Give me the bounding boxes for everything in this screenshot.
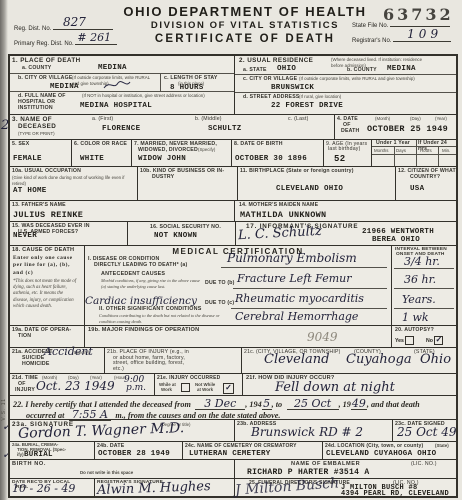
due-to-c-label: DUE TO (c) xyxy=(205,300,234,306)
birthplace-field: 11. BIRTHPLACE (State or foreign country… xyxy=(238,167,396,200)
how-injury-occurred-field: 21f. HOW DID INJURY OCCUR? Fell down at … xyxy=(243,374,456,395)
cemetery-location-state-note: (State) xyxy=(435,443,449,449)
pencil-code-handwriting: 9049 xyxy=(307,330,338,344)
father-label: 13. FATHER'S NAME xyxy=(12,202,66,208)
res-city-value: BRUNSWICK xyxy=(271,84,314,92)
cemetery-location-field: 24d. LOCATION (City, town, or county) (S… xyxy=(323,442,456,459)
place-of-injury-field: 21b. PLACE OF INJURY (e.g., in or about … xyxy=(105,348,242,373)
informant-address-line1: 21966 WENTWORTH xyxy=(362,228,434,236)
while-at-work-label2: Work xyxy=(161,387,172,393)
race-value: WHITE xyxy=(80,155,104,163)
pod-hospital-note: (If NOT in hospital or institution, give… xyxy=(82,93,222,99)
registrar-no-value: 109 xyxy=(407,27,442,41)
primary-reg-dist-label: Primary Reg. Dist. No. xyxy=(14,41,74,47)
pod-hospital-label: d. FULL NAME OF HOSPITAL OR INSTITUTION xyxy=(18,93,78,112)
interval-column: INTERVAL BETWEEN ONSET AND DEATH 3/4 hr.… xyxy=(392,246,456,325)
dob-field: 8. DATE OF BIRTH OCTOBER 30 1896 xyxy=(232,140,324,166)
primary-reg-dist-value: # 261 xyxy=(77,31,111,44)
medical-certification-main: MEDICAL CERTIFICATION I. DISEASE OR COND… xyxy=(85,246,392,325)
age-label2: last birthday) xyxy=(328,146,361,152)
autopsy-no-checkbox: ✓ xyxy=(434,336,443,345)
homicide-label: HOMICIDE xyxy=(22,361,50,367)
citizen-label2: COUNTRY? xyxy=(410,174,440,180)
res-state-label: a. STATE xyxy=(243,67,267,73)
place-of-death-title: 1. PLACE OF DEATH xyxy=(12,57,81,64)
pod-city-label: b. CITY OR VILLAGE xyxy=(18,75,73,81)
cause-footnote: *This does not mean the mode of dying, s… xyxy=(13,279,79,310)
funeral-director-signature: J Milton Busch xyxy=(235,475,340,498)
not-while-label2: at Work xyxy=(197,387,213,393)
birthplace-label: 11. BIRTHPLACE (State or foreign country… xyxy=(240,168,354,174)
time-of-injury-label3: INJURY xyxy=(15,387,35,393)
time-of-injury-field: 21d. TIME OF INJURY (Month) (Day) (Year)… xyxy=(10,374,155,395)
occupation-value: AT HOME xyxy=(13,187,47,195)
months-col-label: Months xyxy=(374,148,388,154)
pod-county-label: a. COUNTY xyxy=(22,65,51,71)
physician-address-field: 23b. ADDRESS Brunswick RD # 2 xyxy=(235,420,393,441)
burial-type-field: 24a. BURIAL, CREMA- TION, REMOVAL (Spec-… xyxy=(10,442,95,459)
registrar-signature-value: Alwin M. Hughes xyxy=(97,479,211,498)
mother-value: MATHILDA UNKNOWN xyxy=(240,210,326,220)
handwritten-scribble xyxy=(102,78,132,92)
embalmer-field: NAME OF EMBALMER (LIC. NO.) RICHARD P HA… xyxy=(235,460,456,478)
father-value: JULIUS REINKE xyxy=(13,210,83,220)
marital-field: 7. MARRIED, NEVER MARRIED, WIDOWED, DIVO… xyxy=(132,140,232,166)
last-name-value: SCHULTZ xyxy=(208,125,242,133)
informant-signature: L. C. Schultz xyxy=(238,224,322,243)
burial-type-value: BURIAL xyxy=(24,451,53,459)
cemetery-location-value: CLEVELAND CUYAHOGA OHIO xyxy=(326,450,436,458)
armed-forces-field: 15. WAS DECEASED EVER IN U.S. ARMED FORC… xyxy=(10,222,128,245)
registrar-no-field: Registrar's No. 109 xyxy=(352,38,451,44)
name-label: 3. NAME OF xyxy=(12,116,52,123)
cause-c-value: Rheumatic myocarditis xyxy=(235,292,364,305)
autopsy-yes-label: Yes xyxy=(395,338,404,344)
res-street-value: 22 FOREST DRIVE xyxy=(271,102,343,110)
funeral-director-field: 25. FUNERAL DIRECTOR'S SIGNATURE (LIC. N… xyxy=(235,479,456,496)
industry-label2: DUSTRY xyxy=(152,174,174,180)
pod-county-value: MEDINA xyxy=(98,64,127,72)
occupation-label: 10a. USUAL OCCUPATION xyxy=(12,168,81,174)
ssn-field: 16. SOCIAL SECURITY NO. NOT KNOWN xyxy=(128,222,236,245)
burial-label-3: ify) xyxy=(17,452,24,458)
row-physician: 23a. SIGNATURE (Degree or title) Gordon … xyxy=(10,420,456,442)
injury-location-field: 21c. (CITY, VILLAGE, OR TOWNSHIP) (COUNT… xyxy=(242,348,456,373)
age-value: 52 xyxy=(334,154,345,164)
date-received-field: DATE REC'D BY LOCAL REG. 10 - 26 - 49 xyxy=(10,479,95,496)
row-parents: 13. FATHER'S NAME JULIUS REINKE 14. MOTH… xyxy=(10,201,456,222)
autopsy-yes-option: Yes xyxy=(395,336,414,345)
sex-label: 5. SEX xyxy=(12,141,29,147)
res-city-note: (If outside corporate limits, write RURA… xyxy=(299,76,449,82)
cause-b-value: Fracture Left Femur xyxy=(237,272,352,285)
dod-value: OCTOBER 25 1949 xyxy=(367,124,448,134)
autopsy-label: 20. AUTOPSY? xyxy=(395,327,434,333)
pod-hospital-value: MEDINA HOSPITAL xyxy=(80,102,152,110)
reg-dist-value: 827 xyxy=(63,15,86,29)
dod-month-col: (Month) xyxy=(375,116,390,122)
division-title: DIVISION OF VITAL STATISTICS xyxy=(115,20,375,31)
other-conditions-note: Conditions contributing to the death but… xyxy=(99,313,229,324)
date-of-death-section: 4. DATE OF DEATH (Month) (Day) (Year) OC… xyxy=(335,115,456,139)
first-name-label: a. (First) xyxy=(92,116,113,122)
father-field: 13. FATHER'S NAME JULIUS REINKE xyxy=(10,201,235,221)
marital-value: WIDOW JOHN xyxy=(138,155,186,163)
res-county-value: MEDINA xyxy=(387,65,416,73)
autopsy-no-option: No ✓ xyxy=(426,336,443,345)
reg-dist-label: Reg. Dist. No. xyxy=(14,26,51,32)
form-number-vertical-label: V.S. 11 xyxy=(1,398,7,421)
registrar-signature-field: REGISTRAR'S SIGNATURE Alwin M. Hughes xyxy=(95,479,235,496)
autopsy-no-label: No xyxy=(426,338,433,344)
row-disposition: 24a. BURIAL, CREMA- TION, REMOVAL (Spec-… xyxy=(10,442,456,460)
interval-other-value: 1 wk xyxy=(402,311,429,324)
marital-label2: WIDOWED, DIVORCED xyxy=(138,147,198,153)
res-city-label: c. CITY OR VILLAGE xyxy=(243,76,297,82)
ssn-label: 16. SOCIAL SECURITY NO. xyxy=(150,224,221,230)
occupation-field: 10a. USUAL OCCUPATION (Give kind of work… xyxy=(10,167,138,200)
occupation-note: (Give kind of work done during most of w… xyxy=(12,175,130,186)
res-street-note: (If rural, give location) xyxy=(299,94,341,100)
first-name-value: FLORENCE xyxy=(102,125,140,133)
informant-address-line2: BEREA OHIO xyxy=(372,236,420,244)
operation-date-field: 19a. DATE OF OPERA- TION xyxy=(10,326,85,347)
cemetery-location-label: 24d. LOCATION (City, town, or county) xyxy=(325,443,423,449)
state-file-label: State File No. xyxy=(352,23,388,29)
armed-forces-value: NEVER xyxy=(13,232,37,240)
funeral-director-address: 4394 PEARL RD, CLEVELAND xyxy=(341,490,449,498)
toi-ampm-value: p.m. xyxy=(126,383,146,393)
ssn-value: NOT KNOWN xyxy=(154,232,197,240)
row-certify-statement: 22. I hereby certify that I attended the… xyxy=(10,396,456,420)
registrar-no-blank: 109 xyxy=(393,41,451,42)
days-col-label: Days xyxy=(396,148,406,154)
dob-value: OCTOBER 30 1896 xyxy=(235,155,307,163)
certificate-title: CERTIFICATE OF DEATH xyxy=(115,33,375,45)
middle-name-label: b. (Middle) xyxy=(195,116,222,122)
do-not-write-note: Do not write in this space xyxy=(80,470,133,476)
reg-dist-blank: 827 xyxy=(53,29,113,30)
dod-label3: DEATH xyxy=(341,128,359,134)
primary-reg-dist-field: Primary Reg. Dist. No. # 261 xyxy=(14,41,117,47)
row-registrar-director: DATE REC'D BY LOCAL REG. 10 - 26 - 49 RE… xyxy=(10,479,456,496)
cemetery-field: 24c. NAME OF CEMETERY OR CREMATORY LUTHE… xyxy=(183,442,323,459)
min-col-label: Min. xyxy=(442,148,450,154)
pod-city-value: MEDINA xyxy=(50,83,79,91)
row-injury-def: 21d. TIME OF INJURY (Month) (Day) (Year)… xyxy=(10,374,456,396)
row-medical-certification: 18. CAUSE OF DEATH Enter only one cause … xyxy=(10,246,456,326)
embalmer-lic-note: (LIC. NO.) xyxy=(411,461,437,467)
physician-address-value: Brunswick RD # 2 xyxy=(251,425,363,439)
marital-note: (Specify) xyxy=(198,147,215,153)
mother-label: 14. MOTHER'S MAIDEN NAME xyxy=(239,202,318,208)
other-conditions-label: II. OTHER SIGNIFICANT CONDITIONS xyxy=(99,306,202,312)
row-service-informant: 15. WAS DECEASED EVER IN U.S. ARMED FORC… xyxy=(10,222,456,246)
residence-note: (Where deceased lived. If institution: r… xyxy=(331,57,431,68)
cause-of-death-label: 18. CAUSE OF DEATH xyxy=(12,247,74,254)
cemetery-value: LUTHERAN CEMETERY xyxy=(189,450,271,458)
birth-no-label: BIRTH NO. xyxy=(12,461,46,468)
autopsy-yes-checkbox xyxy=(405,336,414,345)
date-signed-field: 23c. DATE SIGNED 25 Oct 49 xyxy=(393,420,456,441)
res-street-label: d. STREET ADDRESS xyxy=(243,94,300,100)
date-received-value: 10 - 26 - 49 xyxy=(12,482,75,495)
disease-line-label2: DIRECTLY LEADING TO DEATH* (a) xyxy=(94,262,187,268)
burial-date-field: 24b. DATE OCTOBER 28 1949 xyxy=(95,442,183,459)
residence-title: 2. USUAL RESIDENCE xyxy=(239,57,313,64)
age-field: 9. AGE (In years last birthday) 52 xyxy=(324,140,372,166)
row-injury-abc: 21a. ACCIDENT SUICIDE HOMICIDE (Specify)… xyxy=(10,348,456,374)
row-vitals: 5. SEX FEMALE 6. COLOR OR RACE WHITE 7. … xyxy=(10,140,456,167)
birthplace-value: CLEVELAND OHIO xyxy=(276,185,343,193)
due-to-b-label: DUE TO (b) xyxy=(205,280,235,286)
injury-loc-prefix: 21c. xyxy=(244,349,255,355)
cause-a-value: Pulmonary Embolism xyxy=(227,251,357,265)
cemetery-label: 24c. NAME OF CEMETERY OR CREMATORY xyxy=(185,443,297,449)
sex-field: 5. SEX FEMALE xyxy=(10,140,72,166)
place-of-death-section: 1. PLACE OF DEATH a. COUNTY MEDINA b. CI… xyxy=(10,56,235,114)
toi-date-value: Oct. 23 1949 xyxy=(36,379,115,393)
burial-date-value: OCTOBER 28 1949 xyxy=(98,450,170,458)
birth-no-field: BIRTH NO. Do not write in this space xyxy=(10,460,235,478)
age-under-grid: Under 1 Year If Under 24 Hrs. Months Day… xyxy=(372,140,456,166)
date-signed-value: 25 Oct 49 xyxy=(397,425,457,439)
autopsy-field: 20. AUTOPSY? Yes No ✓ xyxy=(392,326,456,347)
not-while-at-work-checkbox: ✓ xyxy=(223,383,234,394)
race-label: 6. COLOR OR RACE xyxy=(74,141,127,147)
name-label2: DECEASED xyxy=(18,123,56,130)
injury-county-value: Cuyahoga xyxy=(346,352,412,367)
dod-day-col: (Day) xyxy=(410,116,421,122)
res-state-value: OHIO xyxy=(277,65,296,73)
mother-field: 14. MOTHER'S MAIDEN NAME MATHILDA UNKNOW… xyxy=(235,201,456,221)
while-at-work-checkbox xyxy=(181,383,190,392)
row-occupation: 10a. USUAL OCCUPATION (Give kind of work… xyxy=(10,167,456,201)
enter-one-cause-note: Enter only one cause per line for (a), (… xyxy=(13,255,79,277)
last-name-label: c. (Last) xyxy=(288,116,309,122)
injury-occurred-label: 21e. INJURY OCCURRED xyxy=(157,375,220,381)
primary-reg-dist-blank: # 261 xyxy=(75,44,117,45)
antecedent-note: Morbid conditions, if any, giving rise t… xyxy=(101,278,201,289)
industry-field: 10b. KIND OF BUSINESS OR IN- DUSTRY xyxy=(138,167,238,200)
row-birthno-embalmer: BIRTH NO. Do not write in this space NAM… xyxy=(10,460,456,479)
sex-value: FEMALE xyxy=(13,155,42,163)
usual-residence-section: 2. USUAL RESIDENCE (Where deceased lived… xyxy=(235,56,456,114)
accident-type-field: 21a. ACCIDENT SUICIDE HOMICIDE (Specify)… xyxy=(10,348,105,373)
burial-date-label: 24b. DATE xyxy=(97,443,124,449)
cause-of-death-sidebar: 18. CAUSE OF DEATH Enter only one cause … xyxy=(10,246,85,325)
injury-occurred-field: 21e. INJURY OCCURRED While at Work Not W… xyxy=(155,374,243,395)
operation-findings-field: 19b. MAJOR FINDINGS OF OPERATION 9049 xyxy=(85,326,392,347)
injury-state-value: Ohio xyxy=(420,352,451,367)
embalmer-label: NAME OF EMBALMER xyxy=(291,461,360,468)
operation-findings-label: 19b. MAJOR FINDINGS OF OPERATION xyxy=(88,327,199,334)
certify-text-6: occurred at xyxy=(26,411,64,420)
embalmer-value: RICHARD P HARTER #3514 A xyxy=(247,468,369,477)
citizen-field: 12. CITIZEN OF WHAT COUNTRY? USA xyxy=(396,167,456,200)
row-name-dod: 3. NAME OF DECEASED (TYPE OR PRINT) a. (… xyxy=(10,115,456,140)
dob-label: 8. DATE OF BIRTH xyxy=(234,141,283,147)
informant-field: 17. INFORMANT'S SIGNATURE L. C. Schultz … xyxy=(236,222,456,245)
interval-a-value: 3/4 hr. xyxy=(404,255,440,268)
state-file-number-stamp: 63732 xyxy=(383,5,454,24)
injury-city-value: Cleveland xyxy=(264,352,329,367)
certify-text-7: m., from the causes and on the date stat… xyxy=(115,411,280,420)
antecedent-label: ANTECEDENT CAUSES xyxy=(101,271,165,277)
dod-year-col: (Year) xyxy=(435,116,447,122)
name-sub: (TYPE OR PRINT) xyxy=(18,131,55,137)
registrar-no-label: Registrar's No. xyxy=(352,38,392,44)
department-title: OHIO DEPARTMENT OF HEALTH xyxy=(115,4,375,19)
how-injury-value: Fell down at night xyxy=(275,380,395,395)
name-of-deceased-section: 3. NAME OF DECEASED (TYPE OR PRINT) a. (… xyxy=(10,115,335,139)
operation-date-label2: TION xyxy=(18,333,31,339)
interval-c-value: Years. xyxy=(402,293,436,306)
accident-handwritten-value: Accident xyxy=(44,345,93,358)
race-field: 6. COLOR OR RACE WHITE xyxy=(72,140,132,166)
hours-col-label: Hours xyxy=(420,148,432,154)
citizen-value: USA xyxy=(410,185,424,193)
certificate-form: 1. PLACE OF DEATH a. COUNTY MEDINA b. CI… xyxy=(8,54,458,498)
certify-statement: 22. I hereby certify that I attended the… xyxy=(10,396,456,419)
row-place-residence: 1. PLACE OF DEATH a. COUNTY MEDINA b. CI… xyxy=(10,56,456,115)
place-of-injury-label4: etc.) xyxy=(113,366,124,372)
death-certificate-scan: OHIO DEPARTMENT OF HEALTH DIVISION OF VI… xyxy=(0,0,462,500)
interval-b-value: 36 hr. xyxy=(404,273,436,286)
other-conditions-value: Cerebral Hemorrhage xyxy=(235,310,358,323)
physician-signature-field: 23a. SIGNATURE (Degree or title) Gordon … xyxy=(10,420,235,441)
res-county-label: b. COUNTY xyxy=(347,67,377,73)
